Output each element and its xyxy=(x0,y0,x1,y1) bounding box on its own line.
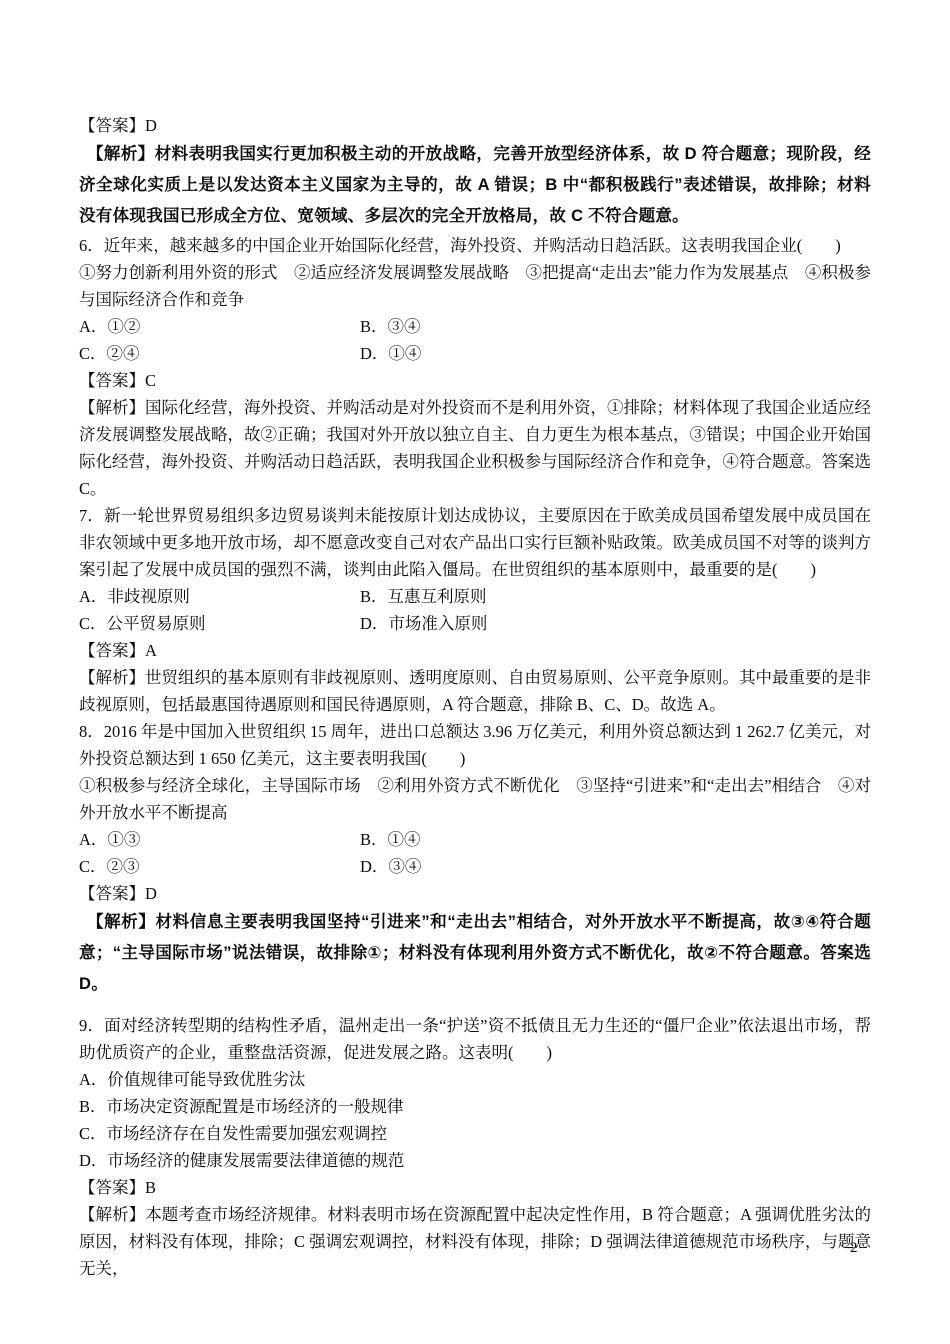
answer-line-q9: 【答案】B xyxy=(79,1174,871,1201)
option-q6-b: B．③④ xyxy=(360,313,871,340)
question-items-q8: ①积极参与经济全球化，主导国际市场 ②利用外资方式不断优化 ③坚持“引进来”和“… xyxy=(79,772,871,826)
option-q9-a: A．价值规律可能导致优胜劣汰 xyxy=(79,1066,871,1093)
page-content: 【答案】D 【解析】材料表明我国实行更加积极主动的开放战略，完善开放型经济体系，… xyxy=(79,112,871,1282)
answer-line-q5: 【答案】D xyxy=(79,112,871,139)
option-q8-c: C．②③ xyxy=(79,853,360,880)
options-grid-q8: A．①③ B．①④ C．②③ D．③④ xyxy=(79,826,871,880)
analysis-paragraph-q8: 【解析】材料信息主要表明我国坚持“引进来”和“走出去”相结合，对外开放水平不断提… xyxy=(79,907,871,1000)
analysis-paragraph-q9: 【解析】本题考查市场经济规律。材料表明市场在资源配置中起决定性作用，B 符合题意… xyxy=(79,1201,871,1282)
question-items-q6: ①努力创新利用外资的形式 ②适应经济发展调整发展战略 ③把提高“走出去”能力作为… xyxy=(79,259,871,313)
question-stem-q6: 6．近年来，越来越多的中国企业开始国际化经营，海外投资、并购活动日趋活跃。这表明… xyxy=(79,232,871,259)
options-grid-q7: A．非歧视原则 B．互惠互利原则 C．公平贸易原则 D．市场准入原则 xyxy=(79,583,871,637)
question-stem-q7: 7．新一轮世界贸易组织多边贸易谈判未能按原计划达成协议，主要原因在于欧美成员国希… xyxy=(79,502,871,583)
option-q7-c: C．公平贸易原则 xyxy=(79,610,360,637)
option-q6-a: A．①② xyxy=(79,313,360,340)
option-q9-b: B．市场决定资源配置是市场经济的一般规律 xyxy=(79,1093,871,1120)
option-q8-d: D．③④ xyxy=(360,853,871,880)
analysis-paragraph-q6: 【解析】国际化经营，海外投资、并购活动是对外投资而不是利用外资，①排除；材料体现… xyxy=(79,394,871,502)
option-q7-a: A．非歧视原则 xyxy=(79,583,360,610)
page-number: 2 xyxy=(850,1240,858,1257)
option-q8-b: B．①④ xyxy=(360,826,871,853)
option-q8-a: A．①③ xyxy=(79,826,360,853)
document-page: 【答案】D 【解析】材料表明我国实行更加积极主动的开放战略，完善开放型经济体系，… xyxy=(0,0,950,1344)
answer-line-q7: 【答案】A xyxy=(79,637,871,664)
option-q7-d: D．市场准入原则 xyxy=(360,610,871,637)
options-grid-q6: A．①② B．③④ C．②④ D．①④ xyxy=(79,313,871,367)
question-stem-q9: 9．面对经济转型期的结构性矛盾，温州走出一条“护送”资不抵债且无力生还的“僵尸企… xyxy=(79,1012,871,1066)
answer-line-q6: 【答案】C xyxy=(79,367,871,394)
option-q9-c: C．市场经济存在自发性需要加强宏观调控 xyxy=(79,1120,871,1147)
analysis-paragraph-q5: 【解析】材料表明我国实行更加积极主动的开放战略，完善开放型经济体系，故 D 符合… xyxy=(79,139,871,232)
answer-line-q8: 【答案】D xyxy=(79,880,871,907)
option-q7-b: B．互惠互利原则 xyxy=(360,583,871,610)
option-q6-d: D．①④ xyxy=(360,340,871,367)
options-list-q9: A．价值规律可能导致优胜劣汰 B．市场决定资源配置是市场经济的一般规律 C．市场… xyxy=(79,1066,871,1174)
question-stem-q8: 8．2016 年是中国加入世贸组织 15 周年，进出口总额达 3.96 万亿美元… xyxy=(79,718,871,772)
option-q9-d: D．市场经济的健康发展需要法律道德的规范 xyxy=(79,1147,871,1174)
option-q6-c: C．②④ xyxy=(79,340,360,367)
analysis-paragraph-q7: 【解析】世贸组织的基本原则有非歧视原则、透明度原则、自由贸易原则、公平竞争原则。… xyxy=(79,664,871,718)
